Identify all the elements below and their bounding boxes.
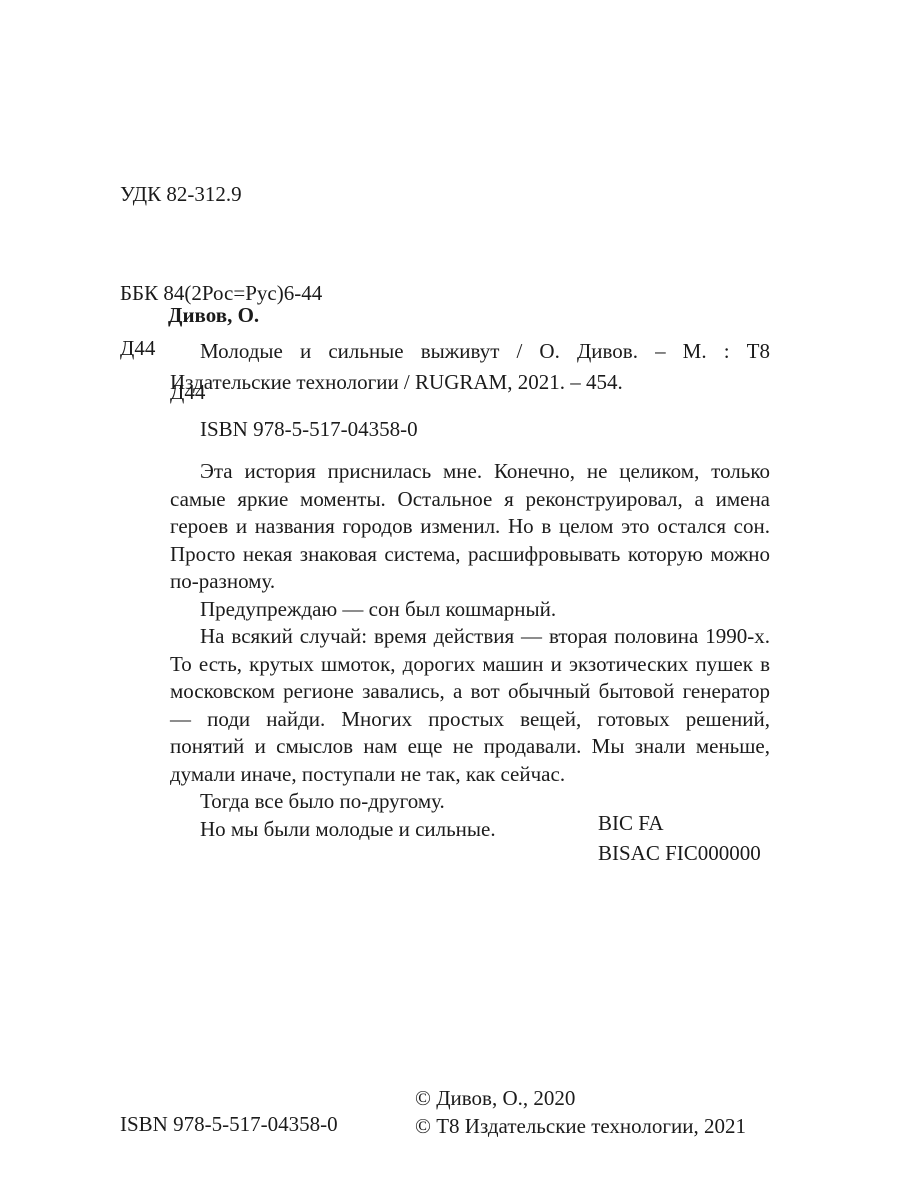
- copyright-publisher: © Т8 Издательские технологии, 2021: [415, 1112, 746, 1140]
- catalog-author: Дивов, О.: [168, 303, 259, 328]
- catalog-card-entry: Молодые и сильные выживут / О. Дивов. – …: [170, 336, 770, 398]
- annotation-paragraph: На всякий случай: время действия — втора…: [170, 623, 770, 788]
- annotation-paragraph: Предупреждаю — сон был кошмарный.: [170, 596, 770, 624]
- copyright-block: © Дивов, О., 2020 © Т8 Издательские техн…: [415, 1084, 746, 1140]
- copyright-author: © Дивов, О., 2020: [415, 1084, 746, 1112]
- udk-code: УДК 82-312.9: [120, 178, 322, 211]
- catalog-card: Д44 Молодые и сильные выживут / О. Дивов…: [120, 336, 780, 398]
- book-imprint-page: УДК 82-312.9 ББК 84(2Рос=Рус)6-44 Д44 Ди…: [0, 0, 900, 1200]
- classification-codes: BIC FA BISAC FIC000000: [598, 808, 761, 868]
- catalog-card-label: Д44: [120, 336, 155, 361]
- bisac-code: BISAC FIC000000: [598, 838, 761, 868]
- annotation-paragraph: Эта история приснилась мне. Конечно, не …: [170, 458, 770, 596]
- footer-isbn: ISBN 978-5-517-04358-0: [120, 1112, 338, 1137]
- annotation-text: Эта история приснилась мне. Конечно, не …: [170, 458, 770, 843]
- bic-code: BIC FA: [598, 808, 761, 838]
- isbn-number: ISBN 978-5-517-04358-0: [200, 417, 418, 442]
